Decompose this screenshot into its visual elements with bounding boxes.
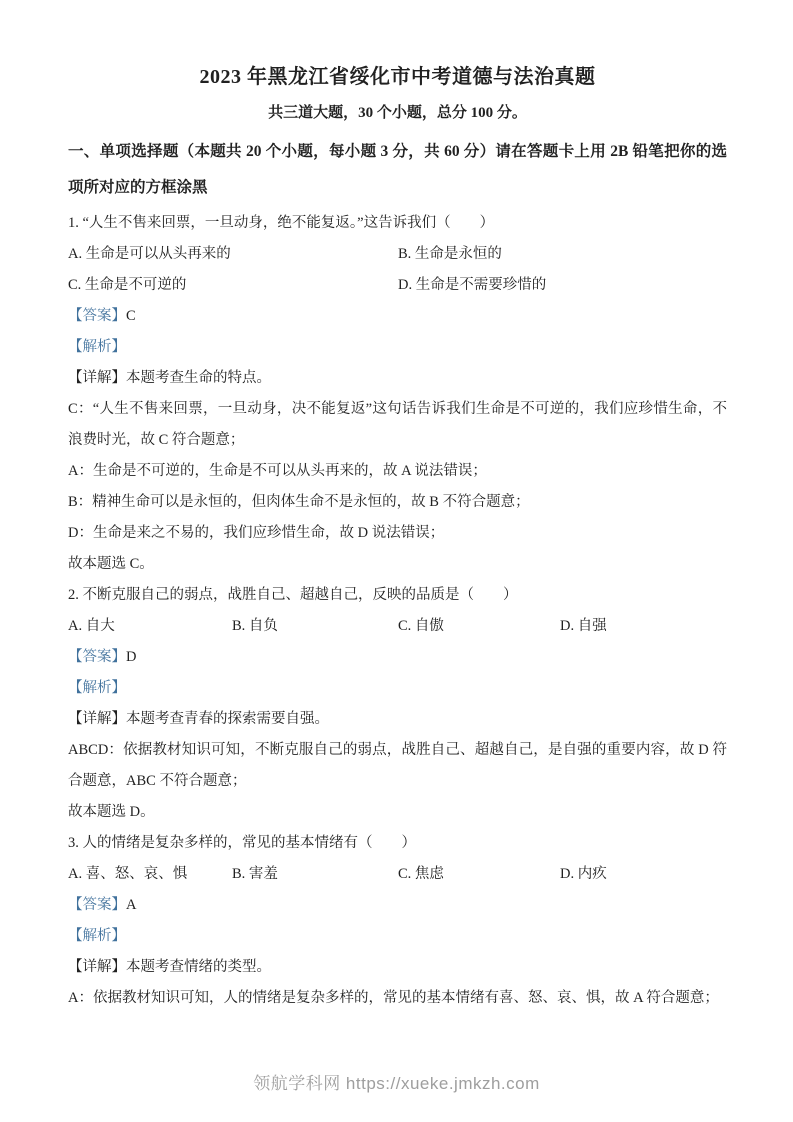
- detail-line: 【详解】本题考查生命的特点。: [68, 363, 727, 394]
- analysis-tag: 【解析】: [68, 928, 126, 944]
- question-block-3: 3. 人的情绪是复杂多样的，常见的基本情绪有（ ） A. 喜、怒、哀、惧 B. …: [68, 828, 727, 1014]
- analysis-tag: 【解析】: [68, 680, 126, 696]
- option-c: C. 生命是不可逆的: [68, 270, 398, 301]
- question-block-2: 2. 不断克服自己的弱点，战胜自己、超越自己，反映的品质是（ ） A. 自大 B…: [68, 580, 727, 828]
- option-b: B. 害羞: [232, 859, 398, 890]
- detail-tag: 【详解】: [68, 959, 126, 975]
- option-a: A. 生命是可以从头再来的: [68, 239, 398, 270]
- question-stem: 3. 人的情绪是复杂多样的，常见的基本情绪有（ ）: [68, 828, 727, 859]
- document-title: 2023 年黑龙江省绥化市中考道德与法治真题: [68, 0, 727, 89]
- explanation-line: A：生命是不可逆的，生命是不可以从头再来的，故 A 说法错误；: [68, 456, 727, 487]
- detail-text: 本题考查生命的特点。: [126, 370, 271, 386]
- explanation-line: A：依据教材知识可知，人的情绪是复杂多样的，常见的基本情绪有喜、怒、哀、惧，故 …: [68, 983, 727, 1014]
- option-b: B. 自负: [232, 611, 398, 642]
- analysis-line: 【解析】: [68, 921, 727, 952]
- answer-value: C: [126, 308, 136, 324]
- detail-text: 本题考查青春的探索需要自强。: [126, 711, 329, 727]
- options-row: A. 喜、怒、哀、惧 B. 害羞 C. 焦虑 D. 内疚: [68, 859, 727, 890]
- option-d: D. 自强: [560, 611, 727, 642]
- option-a: A. 自大: [68, 611, 232, 642]
- document-content: 2023 年黑龙江省绥化市中考道德与法治真题 共三道大题，30 个小题，总分 1…: [0, 0, 793, 1014]
- explanation-line: C：“人生不售来回票，一旦动身，决不能复返”这句话告诉我们生命是不可逆的，我们应…: [68, 394, 727, 456]
- option-c: C. 焦虑: [398, 859, 560, 890]
- exam-document-page: 2023 年黑龙江省绥化市中考道德与法治真题 共三道大题，30 个小题，总分 1…: [0, 0, 793, 1122]
- detail-text: 本题考查情绪的类型。: [126, 959, 271, 975]
- answer-value: A: [126, 897, 136, 913]
- option-c: C. 自傲: [398, 611, 560, 642]
- detail-tag: 【详解】: [68, 711, 126, 727]
- conclusion-line: 故本题选 D。: [68, 797, 727, 828]
- answer-line: 【答案】A: [68, 890, 727, 921]
- watermark: 领航学科网 https://xueke.jmkzh.com: [0, 1069, 793, 1094]
- question-block-1: 1. “人生不售来回票，一旦动身，绝不能复返。”这告诉我们（ ） A. 生命是可…: [68, 208, 727, 580]
- explanation-line: D：生命是来之不易的，我们应珍惜生命，故 D 说法错误；: [68, 518, 727, 549]
- document-subtitle: 共三道大题，30 个小题，总分 100 分。: [68, 101, 727, 122]
- conclusion-line: 故本题选 C。: [68, 549, 727, 580]
- answer-line: 【答案】C: [68, 301, 727, 332]
- options-row: A. 自大 B. 自负 C. 自傲 D. 自强: [68, 611, 727, 642]
- option-b: B. 生命是永恒的: [398, 239, 727, 270]
- options-row: C. 生命是不可逆的 D. 生命是不需要珍惜的: [68, 270, 727, 301]
- options-row: A. 生命是可以从头再来的 B. 生命是永恒的: [68, 239, 727, 270]
- answer-line: 【答案】D: [68, 642, 727, 673]
- question-stem: 1. “人生不售来回票，一旦动身，绝不能复返。”这告诉我们（ ）: [68, 208, 727, 239]
- section-header: 一、单项选择题（本题共 20 个小题，每小题 3 分，共 60 分）请在答题卡上…: [68, 134, 727, 206]
- analysis-tag: 【解析】: [68, 339, 126, 355]
- answer-value: D: [126, 649, 136, 665]
- option-a: A. 喜、怒、哀、惧: [68, 859, 232, 890]
- option-d: D. 内疚: [560, 859, 727, 890]
- answer-tag: 【答案】: [68, 649, 126, 665]
- analysis-line: 【解析】: [68, 673, 727, 704]
- question-stem: 2. 不断克服自己的弱点，战胜自己、超越自己，反映的品质是（ ）: [68, 580, 727, 611]
- answer-tag: 【答案】: [68, 308, 126, 324]
- detail-tag: 【详解】: [68, 370, 126, 386]
- detail-line: 【详解】本题考查青春的探索需要自强。: [68, 704, 727, 735]
- detail-line: 【详解】本题考查情绪的类型。: [68, 952, 727, 983]
- explanation-line: ABCD：依据教材知识可知，不断克服自己的弱点，战胜自己、超越自己，是自强的重要…: [68, 735, 727, 797]
- analysis-line: 【解析】: [68, 332, 727, 363]
- explanation-line: B：精神生命可以是永恒的，但肉体生命不是永恒的，故 B 不符合题意；: [68, 487, 727, 518]
- option-d: D. 生命是不需要珍惜的: [398, 270, 727, 301]
- answer-tag: 【答案】: [68, 897, 126, 913]
